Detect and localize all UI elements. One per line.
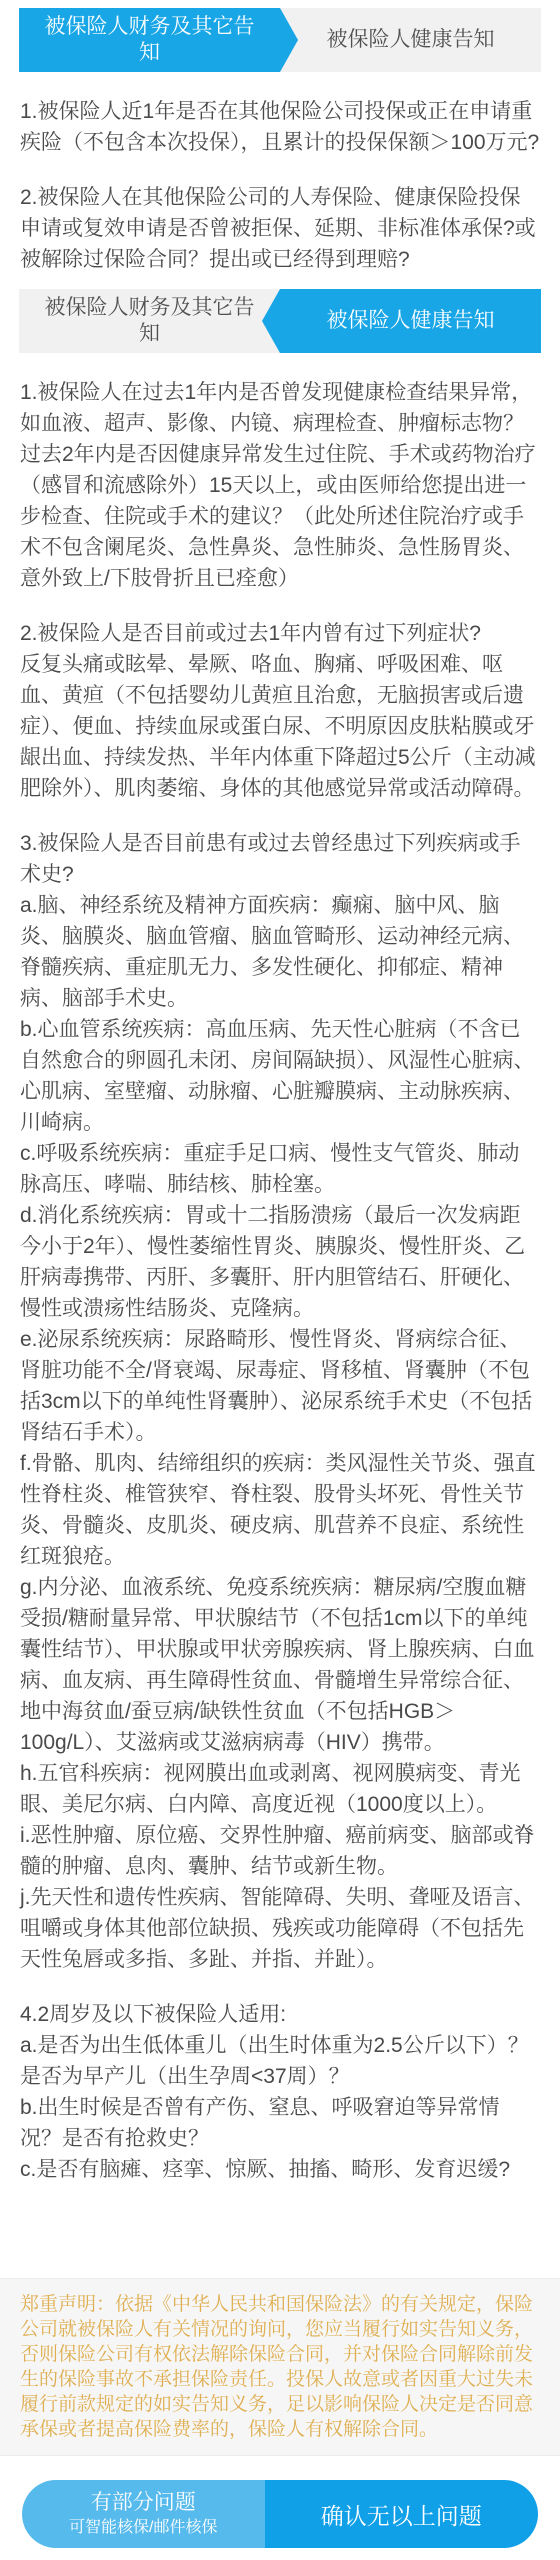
health-question-4-head: 4.2周岁及以下被保险人适用: bbox=[20, 1999, 540, 2030]
health-question-2-body: 反复头痛或眩晕、晕厥、咯血、胸痛、呼吸困难、呕血、黄疸（不包括婴幼儿黄疸且治愈，… bbox=[20, 649, 540, 804]
partial-issues-button-title: 有部分问题 bbox=[91, 2491, 196, 2514]
health-disclosure-page: 被保险人财务及其它告知 被保险人健康告知 1.被保险人近1年是否在其他保险公司投… bbox=[0, 0, 560, 2560]
financial-questions-section: 1.被保险人近1年是否在其他保险公司投保或正在申请重疾险（不包含本次投保），且累… bbox=[0, 72, 560, 275]
action-button-pill: 有部分问题 可智能核保/邮件核保 确认无以上问题 bbox=[22, 2480, 538, 2548]
health-question-3-item-d: d.消化系统疾病：胃或十二指肠溃疡（最后一次发病距今小于2年）、慢性萎缩性胃炎、… bbox=[20, 1200, 540, 1324]
notice-tabbar-health-active: 被保险人财务及其它告知 被保险人健康告知 bbox=[19, 289, 541, 353]
content-footer-spacer bbox=[0, 2185, 560, 2278]
partial-issues-button-subtitle: 可智能核保/邮件核保 bbox=[69, 2519, 217, 2537]
health-question-1: 1.被保险人在过去1年内是否曾发现健康检查结果异常，如血液、超声、影像、内镜、病… bbox=[20, 377, 540, 594]
health-question-4-item-a: a.是否为出生低体重儿（出生时体重为2.5公斤以下）？是否为早产儿（出生孕周<3… bbox=[20, 2030, 540, 2092]
health-question-3-item-j: j.先天性和遗传性疾病、智能障碍、失明、聋哑及语言、咀嚼或身体其他部位缺损、残疾… bbox=[20, 1882, 540, 1975]
tab-financial-notice-2[interactable]: 被保险人财务及其它告知 bbox=[19, 289, 280, 353]
solemn-declaration-text: 郑重声明：依据《中华人民共和国保险法》的有关规定，保险公司就被保险人有关情况的询… bbox=[20, 2292, 540, 2442]
tab-health-notice-label: 被保险人健康告知 bbox=[327, 27, 495, 53]
health-question-2: 2.被保险人是否目前或过去1年内曾有过下列症状? 反复头痛或眩晕、晕厥、咯血、胸… bbox=[20, 618, 540, 804]
financial-question-1: 1.被保险人近1年是否在其他保险公司投保或正在申请重疾险（不包含本次投保），且累… bbox=[20, 96, 540, 158]
health-question-3-item-f: f.骨骼、肌肉、结缔组织的疾病：类风湿性关节炎、强直性脊柱炎、椎管狭窄、脊柱裂、… bbox=[20, 1448, 540, 1572]
health-question-3-item-g: g.内分泌、血液系统、免疫系统疾病：糖尿病/空腹血糖受损/糖耐量异常、甲状腺结节… bbox=[20, 1572, 540, 1758]
health-question-3-item-b: b.心血管系统疾病：高血压病、先天性心脏病（不含已自然愈合的卵圆孔未闭、房间隔缺… bbox=[20, 1014, 540, 1138]
action-button-bar: 有部分问题 可智能核保/邮件核保 确认无以上问题 bbox=[0, 2456, 560, 2560]
solemn-declaration-box: 郑重声明：依据《中华人民共和国保险法》的有关规定，保险公司就被保险人有关情况的询… bbox=[0, 2278, 560, 2456]
tab-financial-notice[interactable]: 被保险人财务及其它告知 bbox=[19, 8, 280, 72]
health-question-3-item-a: a.脑、神经系统及精神方面疾病：癫痫、脑中风、脑炎、脑膜炎、脑血管瘤、脑血管畸形… bbox=[20, 890, 540, 1014]
health-question-4-item-b: b.出生时候是否曾有产伤、窒息、呼吸窘迫等异常情况？是否有抢救史？ bbox=[20, 2092, 540, 2154]
tab-health-notice[interactable]: 被保险人健康告知 bbox=[280, 8, 541, 72]
health-question-3-item-c: c.呼吸系统疾病：重症手足口病、慢性支气管炎、肺动脉高压、哮喘、肺结核、肺栓塞。 bbox=[20, 1138, 540, 1200]
health-questions-section: 1.被保险人在过去1年内是否曾发现健康检查结果异常，如血液、超声、影像、内镜、病… bbox=[0, 353, 560, 2185]
health-question-4-item-c: c.是否有脑瘫、痉挛、惊厥、抽搐、畸形、发育迟缓? bbox=[20, 2154, 540, 2185]
financial-question-2: 2.被保险人在其他保险公司的人寿保险、健康保险投保申请或复效申请是否曾被拒保、延… bbox=[20, 182, 540, 275]
tab-financial-notice-label: 被保险人财务及其它告知 bbox=[39, 14, 260, 67]
tab-health-notice-2-label: 被保险人健康告知 bbox=[327, 308, 495, 334]
health-question-3-item-e: e.泌尿系统疾病：尿路畸形、慢性肾炎、肾病综合征、肾脏功能不全/肾衰竭、尿毒症、… bbox=[20, 1324, 540, 1448]
confirm-no-issues-button[interactable]: 确认无以上问题 bbox=[265, 2480, 538, 2548]
tab-financial-notice-2-label: 被保险人财务及其它告知 bbox=[39, 295, 260, 348]
health-question-3-item-i: i.恶性肿瘤、原位癌、交界性肿瘤、癌前病变、脑部或脊髓的肿瘤、息肉、囊肿、结节或… bbox=[20, 1820, 540, 1882]
partial-issues-button[interactable]: 有部分问题 可智能核保/邮件核保 bbox=[22, 2480, 265, 2548]
confirm-no-issues-button-label: 确认无以上问题 bbox=[321, 2498, 482, 2531]
health-question-3: 3.被保险人是否目前患有或过去曾经患过下列疾病或手术史? a.脑、神经系统及精神… bbox=[20, 828, 540, 1975]
health-question-3-item-h: h.五官科疾病：视网膜出血或剥离、视网膜病变、青光眼、美尼尔病、白内障、高度近视… bbox=[20, 1758, 540, 1820]
health-question-3-head: 3.被保险人是否目前患有或过去曾经患过下列疾病或手术史? bbox=[20, 828, 540, 890]
notice-tabbar-financial-active: 被保险人财务及其它告知 被保险人健康告知 bbox=[19, 8, 541, 72]
health-question-4: 4.2周岁及以下被保险人适用: a.是否为出生低体重儿（出生时体重为2.5公斤以… bbox=[20, 1999, 540, 2185]
tab-health-notice-2[interactable]: 被保险人健康告知 bbox=[280, 289, 541, 353]
health-question-2-head: 2.被保险人是否目前或过去1年内曾有过下列症状? bbox=[20, 618, 540, 649]
